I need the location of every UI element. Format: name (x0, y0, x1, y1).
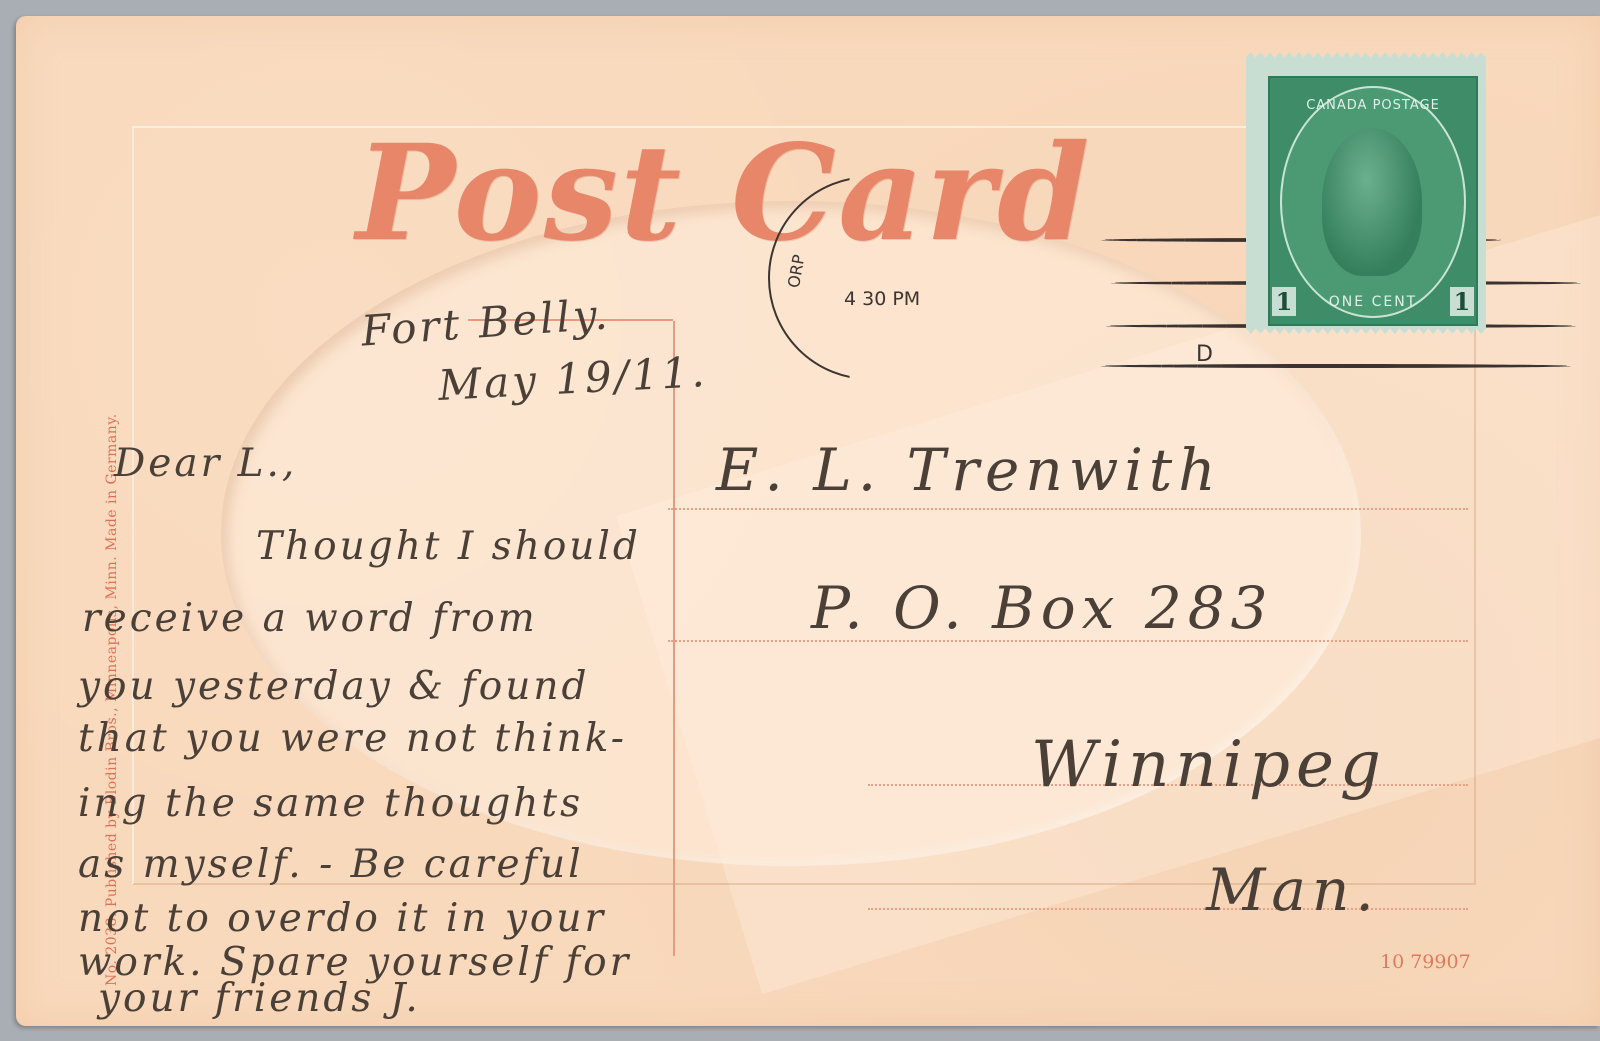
cancel-line (1101, 364, 1571, 368)
cancel-letter: D (1196, 342, 1213, 367)
stamp-frame: CANADA POSTAGE ONE CENT 1 1 (1268, 76, 1478, 326)
message-line: receive a word from (82, 596, 538, 641)
address-name: E. L. Trenwith (716, 436, 1222, 504)
stamp-top-text: CANADA POSTAGE (1282, 98, 1464, 113)
stamp-bottom-text: ONE CENT (1282, 294, 1464, 310)
message-line: ing the same thoughts (78, 781, 583, 826)
address-province: Man. (1206, 856, 1380, 924)
postcard-title: Post Card (356, 116, 1091, 271)
message-line: you yesterday & found (78, 664, 589, 709)
message-line: Thought I should (256, 524, 641, 569)
address-line-1 (668, 508, 1468, 510)
postmark-time: 4 30 PM (844, 288, 920, 310)
address-box: P. O. Box 283 (811, 574, 1274, 642)
serial-number: 10 79907 (1380, 951, 1471, 973)
king-portrait-icon (1322, 128, 1422, 276)
message-line: Dear L., (114, 441, 297, 486)
message-line: not to overdo it in your (78, 896, 606, 941)
postage-stamp: CANADA POSTAGE ONE CENT 1 1 (1246, 52, 1486, 334)
message-line: that you were not think- (78, 716, 627, 761)
stamp-denomination-left: 1 (1272, 287, 1296, 316)
stamp-oval: CANADA POSTAGE ONE CENT (1280, 86, 1466, 318)
address-city: Winnipeg (1031, 728, 1387, 802)
divider-vertical (673, 321, 675, 956)
stamp-denomination-right: 1 (1450, 287, 1474, 316)
message-line: your friends J. (98, 976, 421, 1021)
message-line: as myself. - Be careful (78, 842, 584, 887)
